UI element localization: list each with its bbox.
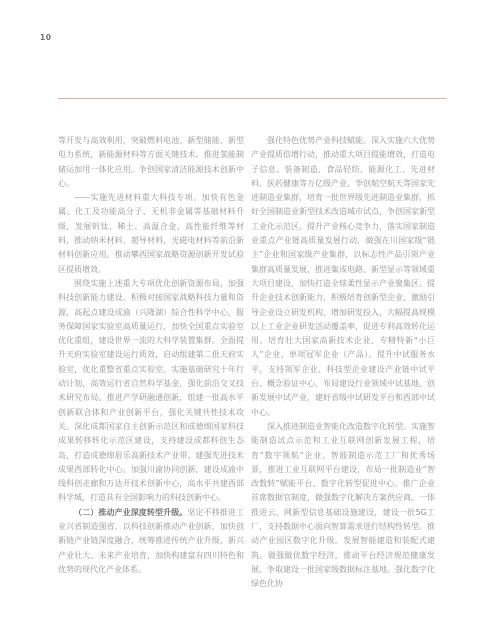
text-columns: 等开发与高效利用，突破燃料电池、新型储能、新型电力系统，新能源材料等方面关键技术… [58, 134, 435, 592]
paragraph-section-2: （二）推动产业深度转型升级。坚定不移推进工业兴省制造强省，以科技创新推动产业创新… [58, 506, 244, 577]
paragraph: 强化特色优势产业科技赋能。深入实施六大优势产业提质倍增行动，推动重大项目提能增效… [251, 134, 435, 420]
header-rule [58, 98, 447, 99]
paragraph: 深入推进制造业智能化改造数字化转型。实施智能制造试点示范和工业互联网创新发展工程… [251, 420, 435, 592]
paragraph-continuation: 等开发与高效利用，突破燃料电池、新型储能、新型电力系统，新能源材料等方面关键技术… [58, 134, 244, 191]
section-heading: （二）推动产业深度转型升级。 [74, 508, 187, 517]
page-number: 10 [40, 33, 51, 42]
paragraph: 围绕实施上述重大专项优化创新资源布局，加强科技创新能力建设。积极对接国家战略科技… [58, 277, 244, 506]
document-page: 10 等开发与高效利用，突破燃料电池、新型储能、新型电力系统，新能源材料等方面关… [0, 0, 484, 640]
section-body: 坚定不移推进工业兴省制造强省，以科技创新推动产业创新，加快创新链产业链深度融合，… [58, 508, 244, 574]
paragraph-dash-item: ——实施先进材料重大科技专项。加快有色金属、化工及功能高分子、无机非金属等基础材… [58, 191, 244, 277]
left-column: 等开发与高效利用，突破燃料电池、新型储能、新型电力系统，新能源材料等方面关键技术… [58, 134, 244, 592]
right-column: 强化特色优势产业科技赋能。深入实施六大优势产业提质倍增行动，推动重大项目提能增效… [251, 134, 435, 592]
